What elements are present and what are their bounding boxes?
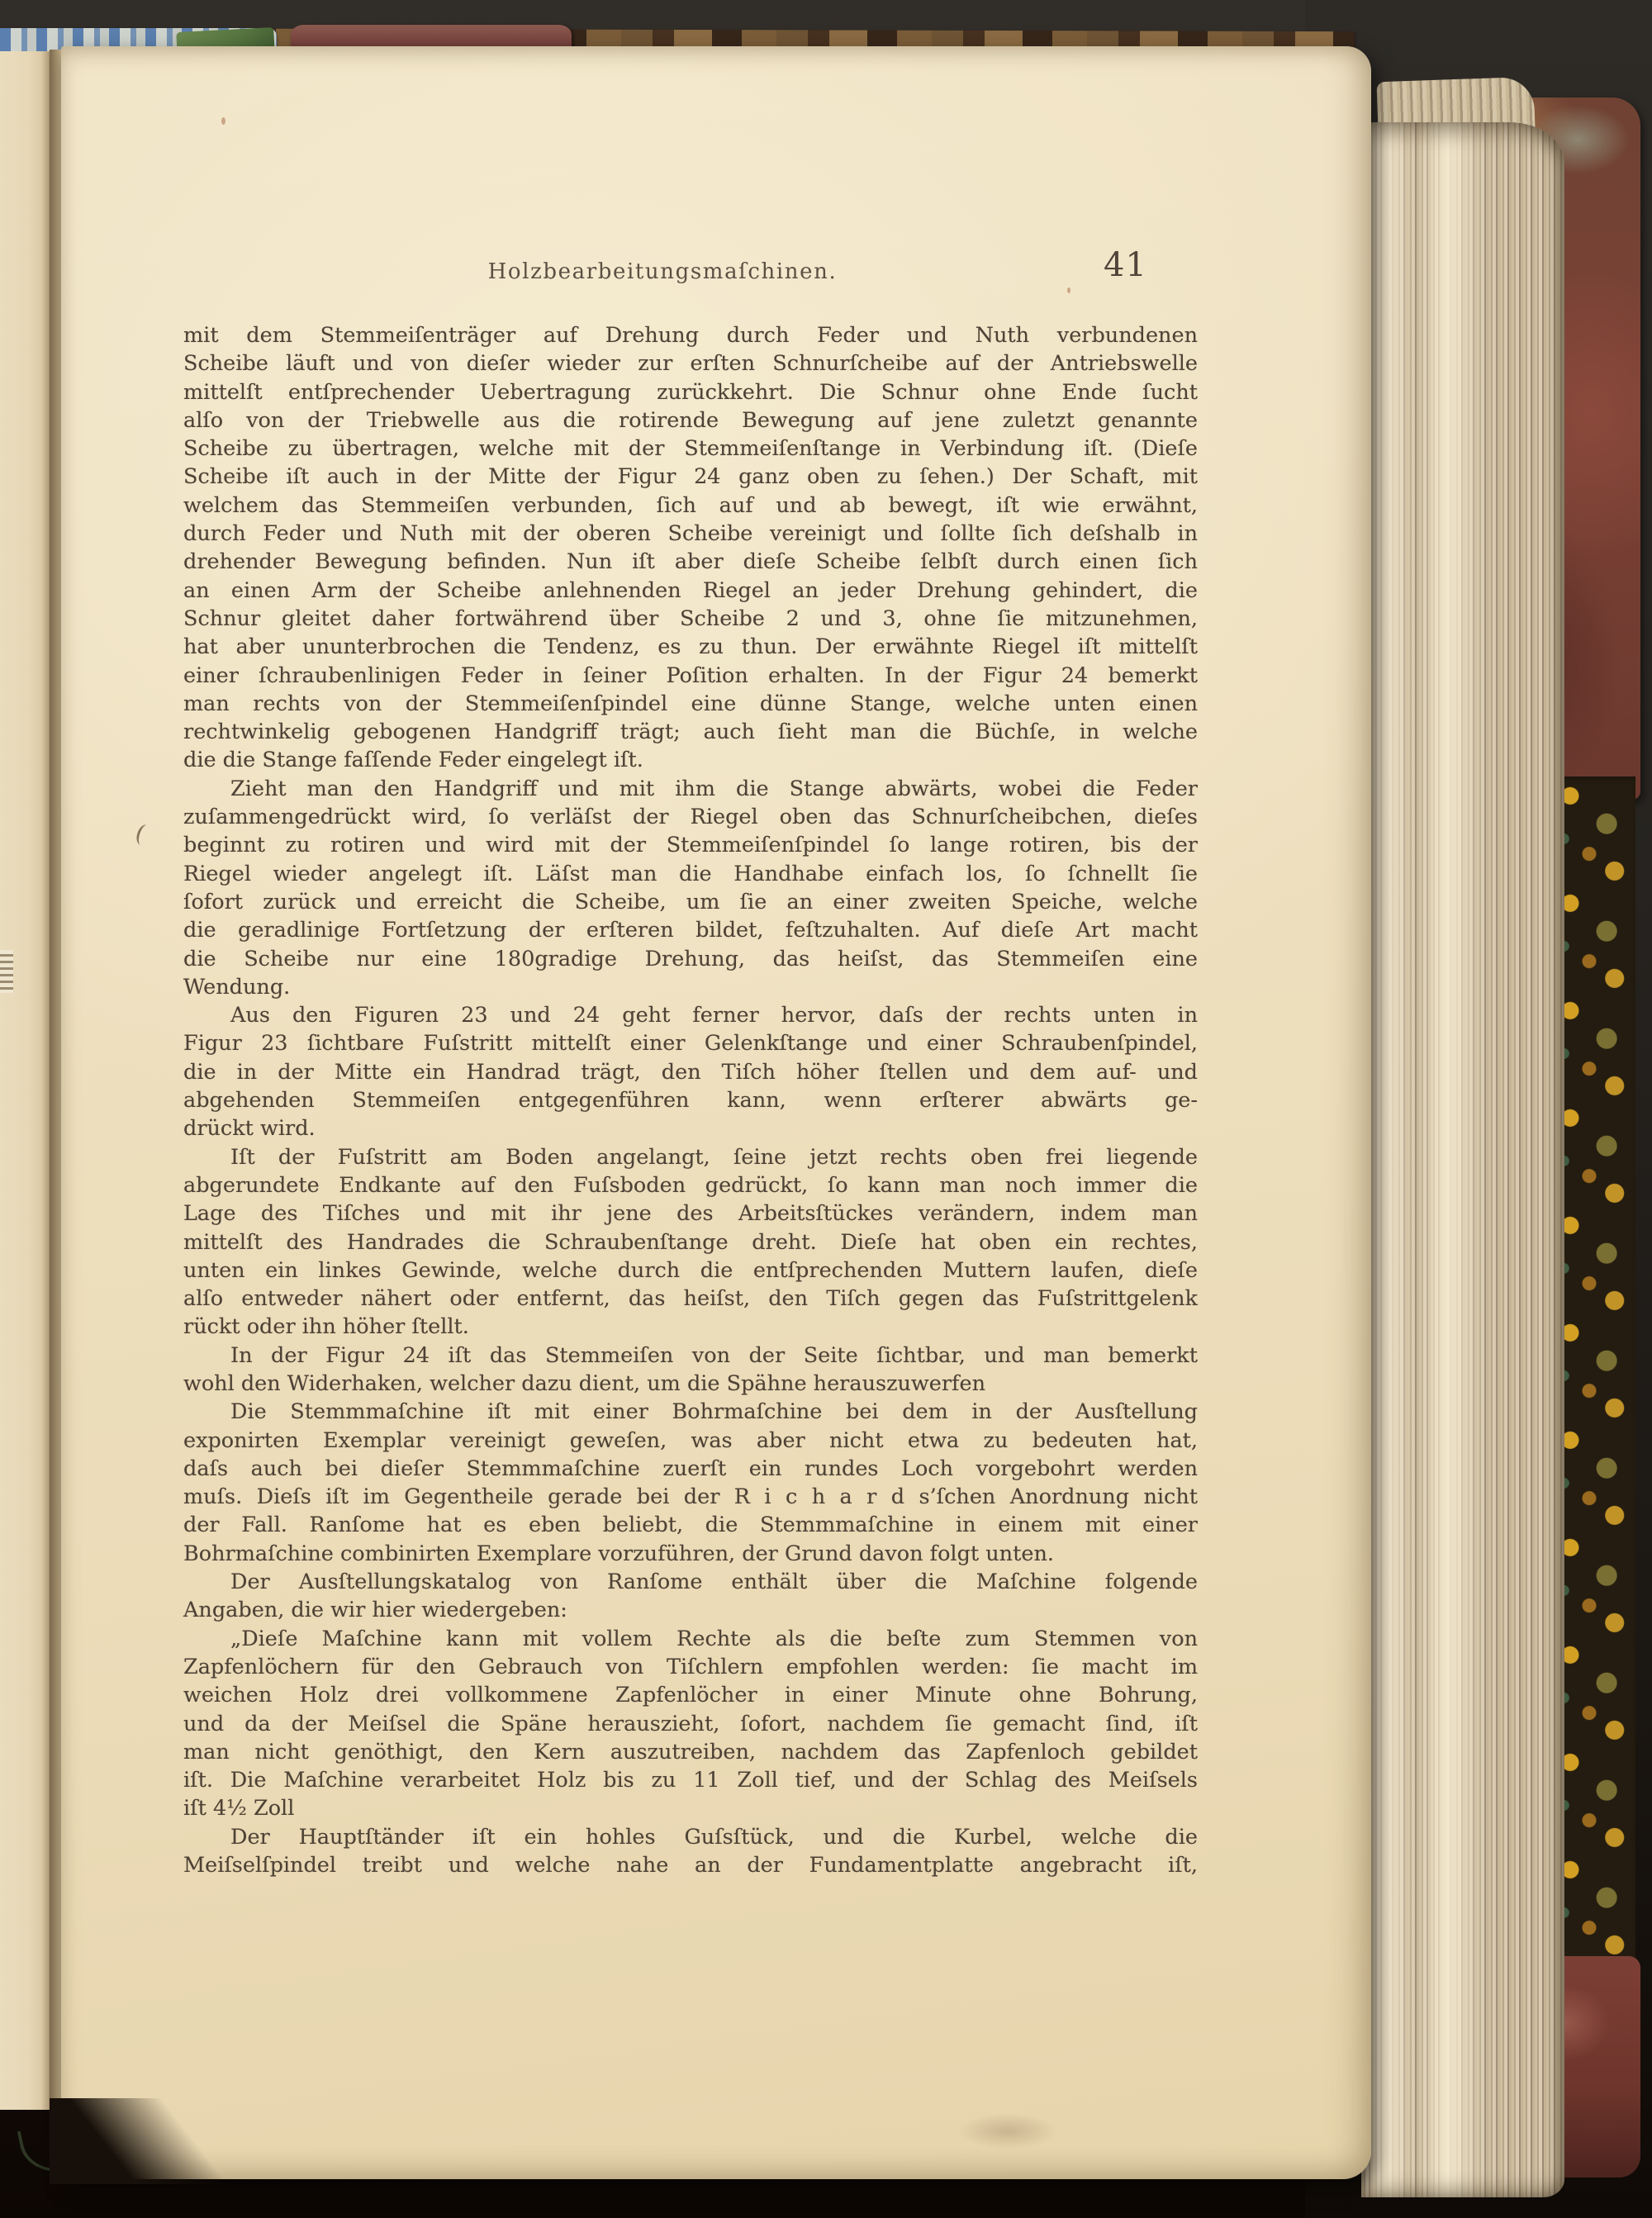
book-photograph: Holzbearbeitungsmaſchinen. 41 mit dem St…	[0, 0, 1652, 2218]
text-line: alſo entweder nähert oder entfernt, das …	[183, 1285, 1198, 1313]
text-line: Scheibe läuft und von dieſer wieder zur …	[183, 349, 1198, 378]
text-line: mittelſt entſprechender Uebertragung zur…	[183, 378, 1198, 406]
text-line: iſt. Die Maſchine verarbeitet Holz bis z…	[183, 1766, 1198, 1794]
text-line: Scheibe iſt auch in der Mitte der Figur …	[183, 463, 1198, 491]
text-line: man rechts von der Stemmeiſenſpindel ein…	[183, 690, 1198, 718]
page-corner-shadow	[50, 2098, 271, 2184]
text-line: rückt oder ihn höher ſtellt.	[183, 1313, 1198, 1341]
text-line: iſt 4¹⁄₂ Zoll	[183, 1794, 1198, 1822]
text-line: Aus den Figuren 23 und 24 geht ferner he…	[183, 1001, 1198, 1029]
text-line: abgerundete Endkante auf den Fuſsboden g…	[183, 1171, 1198, 1199]
text-line: Angaben, die wir hier wiedergeben:	[183, 1596, 1198, 1624]
page-number: 41	[1104, 246, 1170, 284]
text-line: muſs. Dieſs iſt im Gegentheile gerade be…	[183, 1483, 1198, 1511]
text-line: Lage des Tiſches und mit ihr jene des Ar…	[183, 1199, 1198, 1228]
facing-page-edge	[0, 51, 51, 2110]
text-line: die die Stange faſſende Feder eingelegt …	[183, 746, 1198, 774]
page-stack-fore-edge	[1361, 122, 1564, 2197]
text-line: beginnt zu rotiren und wird mit der Stem…	[183, 831, 1198, 859]
text-line: Bohrmaſchine combinirten Exemplare vorzu…	[183, 1540, 1198, 1568]
text-line: In der Figur 24 iſt das Stemmeiſen von d…	[183, 1342, 1198, 1370]
text-line: durch Feder und Nuth mit der oberen Sche…	[183, 520, 1198, 548]
text-line: mittelſt des Handrades die Schraubenſtan…	[183, 1228, 1198, 1256]
text-line: Schnur gleitet daher fortwährend über Sc…	[183, 605, 1198, 633]
text-line: exponirten Exemplar vereinigt geweſen, w…	[183, 1427, 1198, 1455]
text-line: man nicht genöthigt, den Kern auszutreib…	[183, 1738, 1198, 1766]
text-line: die Scheibe nur eine 180gradige Drehung,…	[183, 945, 1198, 973]
text-line: Wendung.	[183, 973, 1198, 1001]
text-line: unten ein linkes Gewinde, welche durch d…	[183, 1256, 1198, 1285]
text-line: die geradlinige Fortſetzung der erſteren…	[183, 916, 1198, 944]
text-line: drehender Bewegung befinden. Nun iſt abe…	[183, 548, 1198, 576]
text-line: Der Hauptſtänder iſt ein hohles Guſsſtüc…	[183, 1823, 1198, 1851]
dust-speck	[221, 117, 225, 125]
text-line: „Dieſe Maſchine kann mit vollem Rechte a…	[183, 1625, 1198, 1653]
text-line: und da der Meiſsel die Späne herauszieht…	[183, 1710, 1198, 1738]
text-line: weichen Holz drei vollkommene Zapfenlöch…	[183, 1681, 1198, 1709]
text-line: daſs auch bei dieſer Stemmmaſchine zuerſ…	[183, 1455, 1198, 1483]
text-line: Figur 23 ſichtbare Fuſstritt mittelſt ei…	[183, 1029, 1198, 1057]
margin-fragment	[0, 950, 13, 993]
text-line: Die Stemmmaſchine iſt mit einer Bohrmaſc…	[183, 1398, 1198, 1426]
text-line: die in der Mitte ein Handrad trägt, den …	[183, 1058, 1198, 1086]
text-line: abgehenden Stemmeiſen entgegenführen kan…	[183, 1086, 1198, 1114]
text-line: hat aber ununterbrochen die Tendenz, es …	[183, 633, 1198, 661]
text-line: Zieht man den Handgriff und mit ihm die …	[183, 775, 1198, 803]
text-line: Riegel wieder angelegt iſt. Läſst man di…	[183, 860, 1198, 888]
text-line: ſofort zurück und erreicht die Scheibe, …	[183, 888, 1198, 916]
dust-speck	[915, 451, 919, 454]
text-line: zuſammengedrückt wird, ſo verläſst der R…	[183, 803, 1198, 831]
text-block: mit dem Stemmeiſenträger auf Drehung dur…	[183, 321, 1198, 1879]
text-line: alſo von der Triebwelle aus die rotirend…	[183, 406, 1198, 435]
text-line: an einen Arm der Scheibe anlehnenden Rie…	[183, 577, 1198, 605]
page-edge-stain	[958, 2113, 1057, 2149]
text-line: Meiſselſpindel treibt und welche nahe an…	[183, 1851, 1198, 1879]
text-line: Iſt der Fuſstritt am Boden angelangt, ſe…	[183, 1143, 1198, 1171]
text-line: mit dem Stemmeiſenträger auf Drehung dur…	[183, 321, 1198, 349]
dust-speck	[1067, 287, 1070, 293]
text-line: welchem das Stemmeiſen verbunden, ſich a…	[183, 492, 1198, 520]
text-line: Der Ausſtellungskatalog von Ranſome enth…	[183, 1568, 1198, 1596]
text-line: rechtwinkelig gebogenen Handgriff trägt;…	[183, 718, 1198, 746]
text-line: Scheibe zu übertragen, welche mit der St…	[183, 435, 1198, 463]
text-line: Zapfenlöchern für den Gebrauch von Tiſch…	[183, 1653, 1198, 1681]
text-line: drückt wird.	[183, 1114, 1198, 1142]
running-head: Holzbearbeitungsmaſchinen.	[183, 259, 1142, 284]
text-line: der Fall. Ranſome hat es eben beliebt, d…	[183, 1511, 1198, 1539]
text-line: einer ſchraubenlinigen Feder in ſeiner P…	[183, 662, 1198, 690]
text-line: wohl den Widerhaken, welcher dazu dient,…	[183, 1370, 1198, 1398]
